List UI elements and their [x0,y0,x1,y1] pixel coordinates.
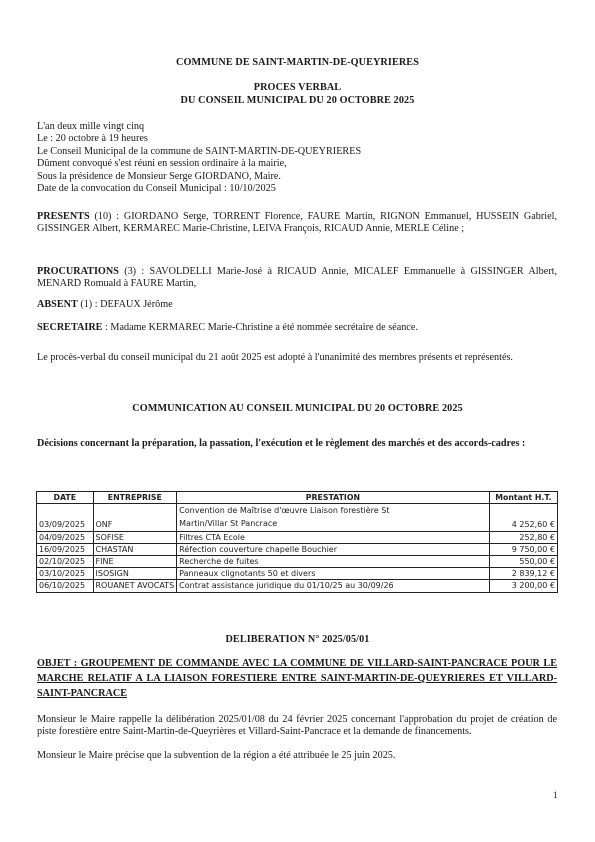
intro-line: L'an deux mille vingt cinq [37,121,557,133]
cell-prestation: Contrat assistance juridique du 01/10/25… [177,580,489,592]
header-prestation: PRESTATION [177,492,489,504]
cell-montant: 9 750,00 € [489,543,557,555]
cell-date: 02/10/2025 [37,556,94,568]
cell-entreprise: SOFISE [93,531,177,543]
absent-list: (1) : DEFAUX Jérôme [78,299,173,310]
cell-montant: 4 252,60 € [489,504,557,531]
doc-type-title: PROCES VERBAL [0,82,595,93]
cell-entreprise: FINE [93,556,177,568]
pv-adoption-paragraph: Le procès-verbal du conseil municipal du… [37,352,557,364]
doc-subtitle: DU CONSEIL MUNICIPAL DU 20 OCTOBRE 2025 [0,95,595,106]
procurations-count: (3) : [119,266,150,277]
table-row: 03/10/2025 ISOSIGN Panneaux clignotants … [37,568,558,580]
cell-prestation: Recherche de fuites [177,556,489,568]
cell-date: 16/09/2025 [37,543,94,555]
page-number: 1 [553,790,558,800]
presents-label: PRESENTS [37,211,90,222]
header-montant: Montant H.T. [489,492,557,504]
procurations-paragraph: PROCURATIONS (3) : SAVOLDELLI Marie-José… [37,266,557,290]
table-row: 02/10/2025 FINE Recherche de fuites 550,… [37,556,558,568]
cell-date: 06/10/2025 [37,580,94,592]
cell-entreprise: ISOSIGN [93,568,177,580]
prestation-line: Martin/Villar St Pancrace [179,517,486,530]
header-date: DATE [37,492,94,504]
commune-title: COMMUNE DE SAINT-MARTIN-DE-QUEYRIERES [0,57,595,68]
absent-label: ABSENT [37,299,78,310]
cell-date: 04/09/2025 [37,531,94,543]
cell-montant: 3 200,00 € [489,580,557,592]
intro-block: L'an deux mille vingt cinq Le : 20 octob… [37,121,557,195]
intro-line: Date de la convocation du Conseil Munici… [37,183,557,195]
document-page: COMMUNE DE SAINT-MARTIN-DE-QUEYRIERES PR… [0,0,595,842]
cell-prestation: Panneaux clignotants 50 et divers [177,568,489,580]
cell-prestation: Convention de Maîtrise d'œuvre Liaison f… [177,504,489,531]
table-header-row: DATE ENTREPRISE PRESTATION Montant H.T. [37,492,558,504]
intro-line: Le : 20 octobre à 19 heures [37,133,557,145]
cell-entreprise: CHASTAN [93,543,177,555]
deliberation-paragraph-2: Monsieur le Maire précise que la subvent… [37,750,557,762]
cell-prestation: Filtres CTA Ecole [177,531,489,543]
cell-entreprise: ROUANET AVOCATS [93,580,177,592]
intro-line: Dûment convoqué s'est réuni en session o… [37,158,557,170]
presents-paragraph: PRESENTS (10) : GIORDANO Serge, TORRENT … [37,211,557,235]
header-entreprise: ENTREPRISE [93,492,177,504]
table-row: 04/09/2025 SOFISE Filtres CTA Ecole 252,… [37,531,558,543]
cell-prestation: Réfection couverture chapelle Bouchier [177,543,489,555]
intro-line: Sous la présidence de Monsieur Serge GIO… [37,171,557,183]
cell-montant: 2 839,12 € [489,568,557,580]
table-row: 16/09/2025 CHASTAN Réfection couverture … [37,543,558,555]
secretaire-text: : Madame KERMAREC Marie-Christine a été … [102,322,417,333]
deliberation-title: DELIBERATION N° 2025/05/01 [0,634,595,645]
procurations-label: PROCURATIONS [37,266,119,277]
absent-paragraph: ABSENT (1) : DEFAUX Jérôme [37,299,557,311]
marches-table: DATE ENTREPRISE PRESTATION Montant H.T. … [36,491,558,593]
decisions-heading: Décisions concernant la préparation, la … [37,437,557,450]
cell-date: 03/10/2025 [37,568,94,580]
table-row: 06/10/2025 ROUANET AVOCATS Contrat assis… [37,580,558,592]
cell-montant: 550,00 € [489,556,557,568]
secretaire-label: SECRETAIRE [37,322,102,333]
table-row: 03/09/2025 ONF Convention de Maîtrise d'… [37,504,558,531]
intro-line: Le Conseil Municipal de la commune de SA… [37,146,557,158]
deliberation-objet: OBJET : GROUPEMENT DE COMMANDE AVEC LA C… [37,657,557,701]
deliberation-paragraph-1: Monsieur le Maire rappelle la délibérati… [37,714,557,738]
presents-count: (10) : [90,211,124,222]
prestation-line: Convention de Maîtrise d'œuvre Liaison f… [179,504,486,517]
secretaire-paragraph: SECRETAIRE : Madame KERMAREC Marie-Chris… [37,322,557,334]
communication-title: COMMUNICATION AU CONSEIL MUNICIPAL DU 20… [0,403,595,414]
cell-date: 03/09/2025 [37,504,94,531]
cell-entreprise: ONF [93,504,177,531]
cell-montant: 252,80 € [489,531,557,543]
